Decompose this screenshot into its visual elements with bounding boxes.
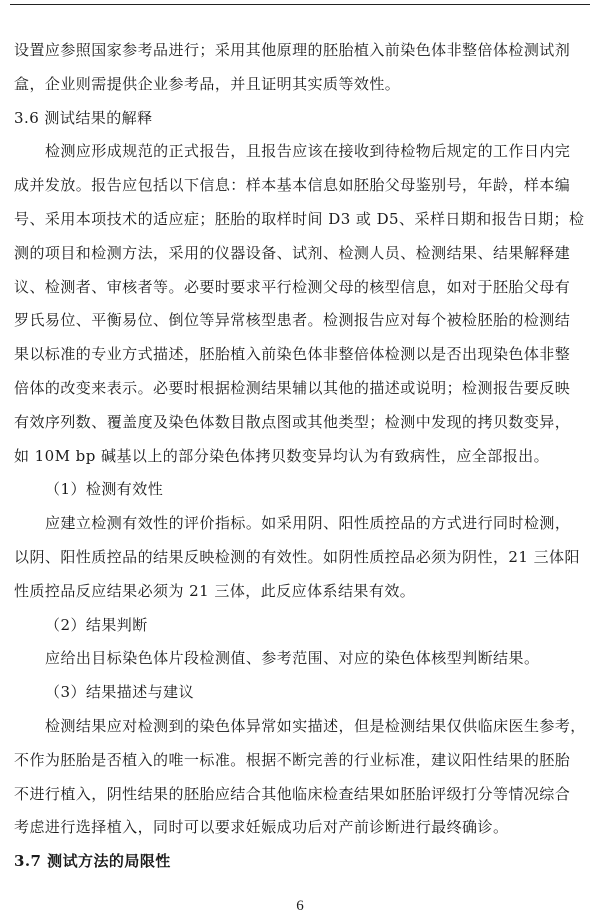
document-body: 设置应参照国家参考品进行；采用其他原理的胚胎植入前染色体非整倍体检测试剂 盒，企… — [14, 38, 580, 883]
subheading-judgement: （2）结果判断 — [14, 613, 580, 647]
paragraph-line: 测的项目和检测方法，采用的仪器设备、试剂、检测人员、检测结果、结果解释建 — [14, 241, 580, 275]
paragraph-line: 果以标准的专业方式描述，胚胎植入前染色体非整倍体检测以是否出现染色体非整 — [14, 342, 580, 376]
paragraph-line: 不进行植入，阴性结果的胚胎应结合其他临床检查结果如胚胎评级打分等情况综合 — [14, 782, 580, 816]
paragraph-line: 检测应形成规范的正式报告，且报告应该在接收到待检物后规定的工作日内完 — [14, 139, 580, 173]
paragraph-line: 以阴、阳性质控品的结果反映检测的有效性。如阴性质控品必须为阴性，21 三体阳 — [14, 545, 580, 579]
paragraph-line: 检测结果应对检测到的染色体异常如实描述，但是检测结果仅供临床医生参考， — [14, 714, 580, 748]
paragraph-line: 应给出目标染色体片段检测值、参考范围、对应的染色体核型判断结果。 — [14, 646, 580, 680]
page-number: 6 — [0, 898, 600, 915]
paragraph-line: 盒，企业则需提供企业参考品，并且证明其实质等效性。 — [14, 72, 580, 106]
paragraph-line: 议、检测者、审核者等。必要时要求平行检测父母的核型信息，如对于胚胎父母有 — [14, 275, 580, 309]
paragraph-line: 考虑进行选择植入，同时可以要求妊娠成功后对产前诊断进行最终确诊。 — [14, 815, 580, 849]
subheading-description: （3）结果描述与建议 — [14, 680, 580, 714]
header-rule — [10, 4, 590, 5]
paragraph-line: 有效序列数、覆盖度及染色体数目散点图或其他类型；检测中发现的拷贝数变异， — [14, 410, 580, 444]
section-heading-3-6: 3.6 测试结果的解释 — [14, 106, 580, 140]
paragraph-line: 应建立检测有效性的评价指标。如采用阴、阳性质控品的方式进行同时检测， — [14, 511, 580, 545]
paragraph-line: 罗氏易位、平衡易位、倒位等异常核型患者。检测报告应对每个被检胚胎的检测结 — [14, 308, 580, 342]
paragraph-line: 性质控品反应结果必须为 21 三体，此反应体系结果有效。 — [14, 579, 580, 613]
paragraph-line: 不作为胚胎是否植入的唯一标准。根据不断完善的行业标准，建议阳性结果的胚胎 — [14, 748, 580, 782]
paragraph-line: 倍体的改变来表示。必要时根据检测结果辅以其他的描述或说明；检测报告要反映 — [14, 376, 580, 410]
paragraph-line: 如 10M bp 碱基以上的部分染色体拷贝数变异均认为有致病性，应全部报出。 — [14, 444, 580, 478]
paragraph-line: 成并发放。报告应包括以下信息：样本基本信息如胚胎父母鉴别号，年龄，样本编 — [14, 173, 580, 207]
paragraph-line: 设置应参照国家参考品进行；采用其他原理的胚胎植入前染色体非整倍体检测试剂 — [14, 38, 580, 72]
paragraph-line: 号、采用本项技术的适应症；胚胎的取样时间 D3 或 D5、采样日期和报告日期；检 — [14, 207, 580, 241]
section-heading-3-7: 3.7 测试方法的局限性 — [14, 849, 580, 883]
subheading-validity: （1）检测有效性 — [14, 477, 580, 511]
